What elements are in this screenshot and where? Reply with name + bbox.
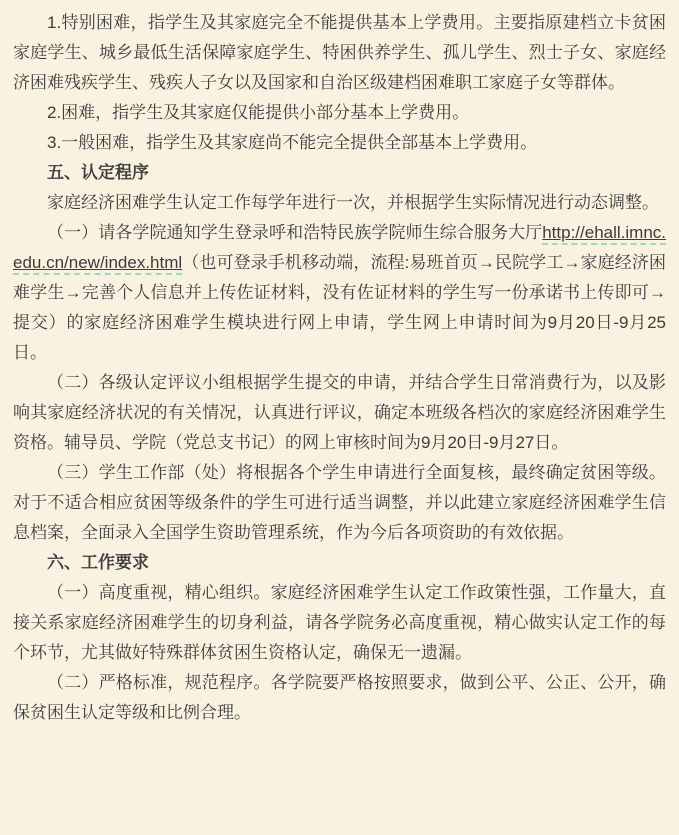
- text-segment: 1.特别困难，指学生及其家庭完全不能提供基本上学费用。主要指原建档立卡贫困家庭学…: [13, 13, 666, 92]
- heading-text: 五、认定程序: [47, 163, 149, 182]
- paragraph: 1.特别困难，指学生及其家庭完全不能提供基本上学费用。主要指原建档立卡贫困家庭学…: [13, 8, 666, 98]
- section-heading: 六、工作要求: [13, 548, 666, 578]
- text-segment: 家庭经济困难学生认定工作每学年进行一次，并根据学生实际情况进行动态调整。: [47, 193, 659, 212]
- text-segment: （一）请各学院通知学生登录呼和浩特民族学院师生综合服务大厅: [47, 223, 542, 242]
- text-segment: 2.困难，指学生及其家庭仅能提供小部分基本上学费用。: [47, 103, 469, 122]
- heading-text: 六、工作要求: [47, 553, 149, 572]
- paragraph: （二）各级认定评议小组根据学生提交的申请，并结合学生日常消费行为，以及影响其家庭…: [13, 368, 666, 458]
- paragraph: 2.困难，指学生及其家庭仅能提供小部分基本上学费用。: [13, 98, 666, 128]
- document-body: 1.特别困难，指学生及其家庭完全不能提供基本上学费用。主要指原建档立卡贫困家庭学…: [0, 0, 679, 728]
- text-segment: （一）高度重视，精心组织。家庭经济困难学生认定工作政策性强，工作量大，直接关系家…: [13, 583, 666, 662]
- paragraph: （一）请各学院通知学生登录呼和浩特民族学院师生综合服务大厅http://ehal…: [13, 218, 666, 368]
- paragraph: 3.一般困难，指学生及其家庭尚不能完全提供全部基本上学费用。: [13, 128, 666, 158]
- text-segment: 3.一般困难，指学生及其家庭尚不能完全提供全部基本上学费用。: [47, 133, 537, 152]
- paragraph: （三）学生工作部（处）将根据各个学生申请进行全面复核，最终确定贫困等级。对于不适…: [13, 458, 666, 548]
- text-segment: （三）学生工作部（处）将根据各个学生申请进行全面复核，最终确定贫困等级。对于不适…: [13, 463, 666, 542]
- paragraph: （一）高度重视，精心组织。家庭经济困难学生认定工作政策性强，工作量大，直接关系家…: [13, 578, 666, 668]
- text-segment: （二）各级认定评议小组根据学生提交的申请，并结合学生日常消费行为，以及影响其家庭…: [13, 373, 666, 452]
- paragraph: 家庭经济困难学生认定工作每学年进行一次，并根据学生实际情况进行动态调整。: [13, 188, 666, 218]
- paragraph: （二）严格标准，规范程序。各学院要严格按照要求，做到公平、公正、公开，确保贫困生…: [13, 668, 666, 728]
- section-heading: 五、认定程序: [13, 158, 666, 188]
- text-segment: （二）严格标准，规范程序。各学院要严格按照要求，做到公平、公正、公开，确保贫困生…: [13, 673, 666, 722]
